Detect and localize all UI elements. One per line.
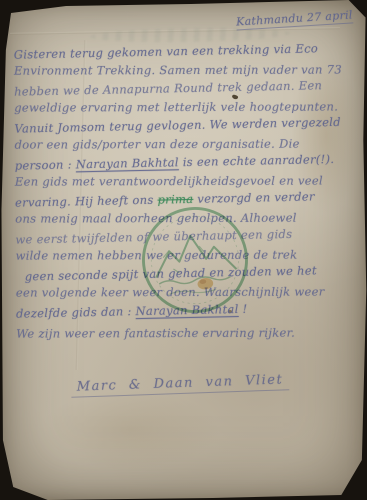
guide-name: Narayan Bakhtal: [76, 155, 179, 171]
signature-text: Marc & Daan van Vliet: [71, 372, 290, 398]
mountain-stamp-icon: [133, 197, 256, 322]
letter-text: Een gids met verantwoordelijkheidsgevoel…: [15, 173, 323, 188]
letter-text: persoon :: [15, 157, 76, 172]
letter-text: Vanuit Jomsom terug gevlogen. We werden …: [14, 115, 341, 136]
photo-background: Kathmandu 27 april Gisteren terug gekome…: [0, 0, 367, 500]
signature: Marc & Daan van Vliet: [70, 372, 290, 395]
paper-stain: [40, 390, 220, 470]
trekking-stamp: [133, 197, 256, 322]
letter-text: door een gids/porter van deze organisati…: [15, 136, 300, 151]
letter-text: ervaring. Hij heeft ons: [15, 193, 158, 210]
letter-text: geweldige ervaring met letterlijk vele h…: [14, 99, 338, 114]
letter-text: hebben we de Annapurna Round trek gedaan…: [14, 78, 322, 98]
letter-text: is een echte aanrader(!).: [179, 152, 335, 169]
letter-text: Environment Trekking. Samen met mijn vad…: [14, 62, 342, 77]
letter-line: We zijn weer een fantastische ervaring r…: [16, 323, 364, 343]
letter-text: We zijn weer een fantastische ervaring r…: [16, 325, 295, 340]
letter-text: Gisteren terug gekomen van een trekking …: [14, 41, 319, 61]
letter-page: Kathmandu 27 april Gisteren terug gekome…: [0, 0, 367, 500]
date-line: Kathmandu 27 april: [236, 8, 353, 28]
letter-text: dezelfde gids dan :: [16, 304, 136, 321]
